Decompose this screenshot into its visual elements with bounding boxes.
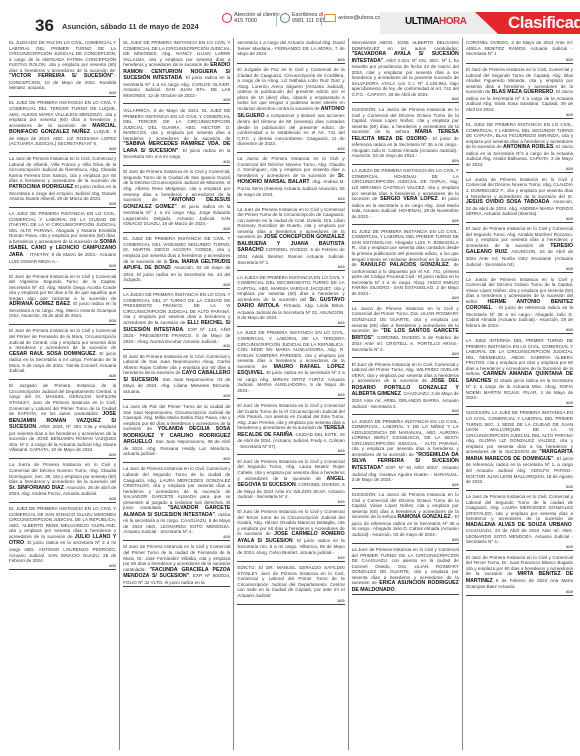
notice-text: El Juzgado de Primera Instancia de la Ci… <box>9 383 116 416</box>
legal-notice: La Jueza de Primera Instancia en lo Civi… <box>9 460 116 502</box>
notice-text: SUCESION: LA JUEZ DE PRIMERA INSTANCIA E… <box>466 410 573 454</box>
legal-notice: EL JUEZ DE PRIMERA INSTANCIA EN LO CIVIL… <box>9 504 116 569</box>
legal-notice: SUCESION: LA JUEZ DE PRIMERA INSTANCIA E… <box>466 408 573 490</box>
whatsapp-contact: Escribinos al0981 111 013 <box>280 12 325 24</box>
notice-code: 8/20 <box>352 296 459 300</box>
legal-notice: La Juez de Primera Instancia en lo Civil… <box>9 154 116 207</box>
legal-notice: El Juzgado de Paz en lo Civil y Comercia… <box>237 65 344 153</box>
notice-code: 8/20 <box>9 202 116 206</box>
notice-text: La Juez de Primera Instancia en lo Civil… <box>9 156 116 183</box>
notice-deceased-name: Sr. SINFORIANO DIAZ <box>9 485 64 491</box>
column-3: secretaría 1 a cargo del Actuario Judici… <box>234 38 348 750</box>
notice-code: 8/20 <box>123 394 230 398</box>
legal-notice: El Juez de Primera Instancia en lo Civil… <box>237 457 344 506</box>
legal-notice: secretaría 1 a cargo del Actuario Judici… <box>237 38 344 64</box>
page-number: 36 <box>35 16 54 36</box>
legal-notice: EDICTO: El DR. MANUEL GERALDO SAFILDIN S… <box>237 563 344 605</box>
notice-code: 8/20 <box>466 401 573 405</box>
legal-notice: El Juez de Primera Instancia en lo Civil… <box>123 352 230 401</box>
legal-notice: EL JUEZ DE PRIMERA INSTANCIA EN LO CIVIL… <box>9 98 116 152</box>
section-brand: ULTIMAHORA Clasificados <box>380 12 580 34</box>
legal-notice: La Jueza de Primera Instancia en lo Civi… <box>466 175 573 223</box>
notice-text: . <box>395 587 396 592</box>
notice-code: 8/20 <box>466 267 573 271</box>
notice-deceased-name: RAMONA GONZALEZ <box>397 514 450 520</box>
section-title: Clasificados <box>508 13 580 33</box>
notice-code: 8/20 <box>123 344 230 348</box>
notice-code: 8/20 <box>352 538 459 542</box>
legal-notice: EL JUEZ DE PRIMERA INSTANCIA DE CIVIL Y … <box>123 234 230 288</box>
legal-notice: LA JUEZA DE PRIMERA INSTANCIA EN LO CIVI… <box>352 417 459 489</box>
notice-code: 8/20 <box>9 91 116 95</box>
legal-notice: El Juez de Primera Instancia en lo Civil… <box>9 326 116 379</box>
notice-text: El Juez de Primera Instancia en lo Civil… <box>9 274 116 301</box>
notice-code: 8/20 <box>123 457 230 461</box>
legal-notice: El Juez de Primera Instancia en lo Civil… <box>466 65 573 118</box>
notice-code: 8/20 <box>466 590 573 594</box>
notice-code: 8/20 <box>352 409 459 413</box>
notice-deceased-name: "VICTOR FERREIRA S/ SUCESIÓN" <box>9 73 113 79</box>
notice-code: 8/20 <box>466 167 573 171</box>
notice-code: 8/20 <box>9 147 116 151</box>
legal-notice: LA JUEZA DE PRIMERA INSTANCIA EN LO CIVI… <box>237 273 344 327</box>
legal-notice: SUCESIÓN: La Jueza de Primera Instancia … <box>352 490 459 543</box>
notice-text: La Jueza de Primera Instancia en lo Civi… <box>9 462 116 484</box>
notice-code: 8/20 <box>237 449 344 453</box>
legal-notice: El Juez de Primera Instancia en lo Civil… <box>9 272 116 325</box>
notice-code: 8/20 <box>466 328 573 332</box>
legal-notice: EL JUEZ DE PRIMERA INSTANCIA EN LO CIVIL… <box>352 227 459 303</box>
legal-notice: La Juez de Primera Instancia en lo Civil… <box>352 545 459 595</box>
column-2: EL JUEZ DE PRIMERA INSTANCIA EN LO CIVIL… <box>120 38 234 750</box>
whatsapp-icon <box>280 13 290 23</box>
contact-value: 415 7000 <box>234 18 257 24</box>
legal-notice: La Juez de Primera Instancia en lo Civil… <box>237 205 344 271</box>
notice-code: 8/20 <box>237 393 344 397</box>
legal-notice: La Jueza de Primera Instancia en lo Civi… <box>466 275 573 335</box>
notice-deceased-name: ADRIANA GOMEZ BAEZ <box>9 301 70 307</box>
legal-notice: La Juez de Primera Instancia en lo Civil… <box>123 464 230 541</box>
notice-code: 8/20 <box>123 283 230 287</box>
legal-notice: EL JUEZ DE PRIMERA INSTANCIA EN LO CIVIL… <box>466 120 573 173</box>
notice-code: 8/20 <box>237 147 344 151</box>
notice-deceased-name: JESUS OVIDIO SOSA TABOADA <box>466 199 550 205</box>
divider <box>276 12 277 26</box>
page-header: 36 Asunción, sábado 11 de mayo de 2024 A… <box>0 0 580 34</box>
notice-text: EL JUZGADO DE PAZ EN LO CIVIL, COMERCIAL… <box>9 40 116 73</box>
notice-code: 8/20 <box>237 500 344 504</box>
notice-code: 8/20 <box>123 227 230 231</box>
notice-text: El Juez de Primera Instancia en lo Civil… <box>9 328 116 350</box>
notice-text: El Juzgado de Paz en lo Civil y Comercia… <box>237 67 344 111</box>
legal-notice: LA JUEZA DE PRIMERA INSTANCIA EN LO CIVI… <box>123 290 230 350</box>
notice-code: 8/20 <box>9 453 116 457</box>
notice-code: 8/20 <box>466 58 573 62</box>
notice-deceased-name: PATROCINIA RODRIGUEZ <box>9 184 73 190</box>
legal-notice: SUCESIÓN: La Jueza de Primera Instancia … <box>352 105 459 165</box>
notice-text: La Juez de Primera Instancia en lo Civil… <box>123 466 230 510</box>
notice-text: secretaría 1 a cargo del Actuario Judici… <box>237 40 344 56</box>
legal-notice: El Juez de Primera Instancia en lo Civil… <box>466 224 573 273</box>
notice-text: La Jueza de Primera Instancia en lo Civi… <box>466 177 573 199</box>
legal-notice: LA JUEZ INTERINA DEL PRIMER TURNO DE PRI… <box>466 336 573 407</box>
logo-part-a: ULTIMA <box>405 16 439 27</box>
legal-notice: LA JUEZ DE PRIMERA INSTANCIA EN LO CIVIL… <box>237 328 344 399</box>
notice-code: 8/20 <box>123 160 230 164</box>
legal-notice: El Juez de Primera Instancia en lo Civil… <box>466 553 573 596</box>
notice-code: 8/20 <box>466 485 573 489</box>
envelope-icon <box>324 14 336 22</box>
legal-notice: El Juez de Primera Instancia en lo Civil… <box>352 360 459 415</box>
divider <box>321 12 322 26</box>
column-4: interviniente ABOG. JOSE ALBERTO DELGADO… <box>349 38 463 750</box>
notice-code: 8/20 <box>123 98 230 102</box>
notice-deceased-name: RANULFO PALACIOS GONZÁLEZ <box>360 262 448 268</box>
column-5: CORONEL OVIEDO, 3 de Mayo de 2024 Ante m… <box>463 38 576 750</box>
notice-text: . El juicio radica en la secretaría Nº 2… <box>9 540 116 563</box>
notice-text: VILLARRICA, 3 de Mayo de 2024. EL JUEZ D… <box>123 108 230 141</box>
legal-notice: EL JUEZ DE PRIMERA INSTANCIA EN LO CIVIL… <box>123 38 230 104</box>
notice-code: 8/20 <box>352 219 459 223</box>
legal-notice: La Juez de Primera Instancia en lo Civil… <box>466 492 573 551</box>
notice-code: 8/20 <box>237 556 344 560</box>
legal-notice: interviniente ABOG. JOSE ALBERTO DELGADO… <box>352 38 459 103</box>
notice-code: 8/20 <box>9 264 116 268</box>
notice-text: interviniente ABOG. JOSE ALBERTO DELGADO… <box>352 40 459 51</box>
legal-notice: CORONEL OVIEDO, 3 de Mayo de 2024 Ante m… <box>466 38 573 64</box>
notice-deceased-name: BLAS MEZA GUERRERO <box>492 89 554 95</box>
legal-notice: El Juez de Primera Instancia en lo Civil… <box>123 167 230 232</box>
notice-code: 8/20 <box>9 564 116 568</box>
legal-notice: La Jueza de Primera Instancia en lo Civi… <box>352 304 459 358</box>
legal-notice: LA JUEZ DE PRIMERA INSTANCIA EN LO CIVIL… <box>9 209 116 270</box>
notice-code: 8/20 <box>466 545 573 549</box>
logo-part-b: HORA <box>439 16 466 27</box>
contact-value: 0981 111 013 <box>292 18 325 24</box>
classifieds-columns: EL JUZGADO DE PAZ EN LO CIVIL, COMERCIAL… <box>6 38 576 750</box>
notice-code: 8/20 <box>466 217 573 221</box>
notice-code: 8/20 <box>9 497 116 501</box>
notice-text: La Jueza de Primera Instancia en lo Civi… <box>237 156 344 178</box>
notice-code: 8/20 <box>237 197 344 201</box>
legal-notice: El Juez de Primera Instancia en lo Civil… <box>237 401 344 455</box>
notice-code: 8/20 <box>237 321 344 325</box>
legal-notice: VILLARRICA, 3 de Mayo de 2024. EL JUEZ D… <box>123 106 230 166</box>
notice-code: 8/20 <box>352 483 459 487</box>
ultimahora-logo: ULTIMAHORA <box>405 16 466 27</box>
notice-text: . - ITAKYRY, 8 de Marzo de 2024.- Actuar… <box>9 252 116 264</box>
legal-notice: EL JUZGADO DE PAZ EN LO CIVIL, COMERCIAL… <box>9 38 116 97</box>
notice-deceased-name: SERGIO VERA LOPEZ <box>380 196 438 202</box>
notice-code: 8/20 <box>237 599 344 603</box>
page-date: Asunción, sábado 11 de mayo de 2024 <box>62 22 199 31</box>
notice-text: , AÑO 2.024, Nº 191, SEC. Nº 1, ha resue… <box>352 58 459 97</box>
legal-notice: La Juez de Paz del Primer Turno de la ci… <box>123 402 230 463</box>
notice-text: CORONEL OVIEDO, 3 de Mayo de 2024 Ante m… <box>466 40 573 56</box>
legal-notice: LA JUEZA DE PRIMERA INSTANCIA EN LO CIVI… <box>352 166 459 225</box>
notice-code: 8/20 <box>237 265 344 269</box>
legal-notice: El Juez de Primera Instancia en lo Civil… <box>237 507 344 561</box>
notice-code: 8/20 <box>123 535 230 539</box>
notice-text: La Juez de Primera Instancia en lo Civil… <box>466 494 573 521</box>
column-1: EL JUZGADO DE PAZ EN LO CIVIL, COMERCIAL… <box>6 38 120 750</box>
customer-service-contact: Atención al cliente:415 7000 <box>222 12 280 24</box>
notice-code: 8/20 <box>9 374 116 378</box>
notice-deceased-name: MADALENA ALVES DE SOUZA URBANO <box>466 522 572 528</box>
notice-deceased-name: ANTONINA ROBLES <box>503 144 553 150</box>
notice-code: 8/20 <box>466 113 573 117</box>
legal-notice: El Juez de Primera Instancia en lo Civil… <box>123 542 230 587</box>
legal-notice: La Jueza de Primera Instancia en lo Civi… <box>237 154 344 203</box>
phone-icon <box>222 13 232 23</box>
notice-code: 8/20 <box>237 58 344 62</box>
notice-code: 8/20 <box>9 319 116 323</box>
notice-code: 8/20 <box>352 97 459 101</box>
notice-deceased-name: CESAR RAUL SOSA DOMINGUEZ <box>9 351 96 357</box>
notice-code: 8/20 <box>352 159 459 163</box>
notice-code: 8/20 <box>352 352 459 356</box>
notice-text: EDICTO: El DR. MANUEL GERALDO SAFILDIN S… <box>237 565 344 598</box>
legal-notice: El Juzgado de Primera Instancia de la Ci… <box>9 381 116 459</box>
